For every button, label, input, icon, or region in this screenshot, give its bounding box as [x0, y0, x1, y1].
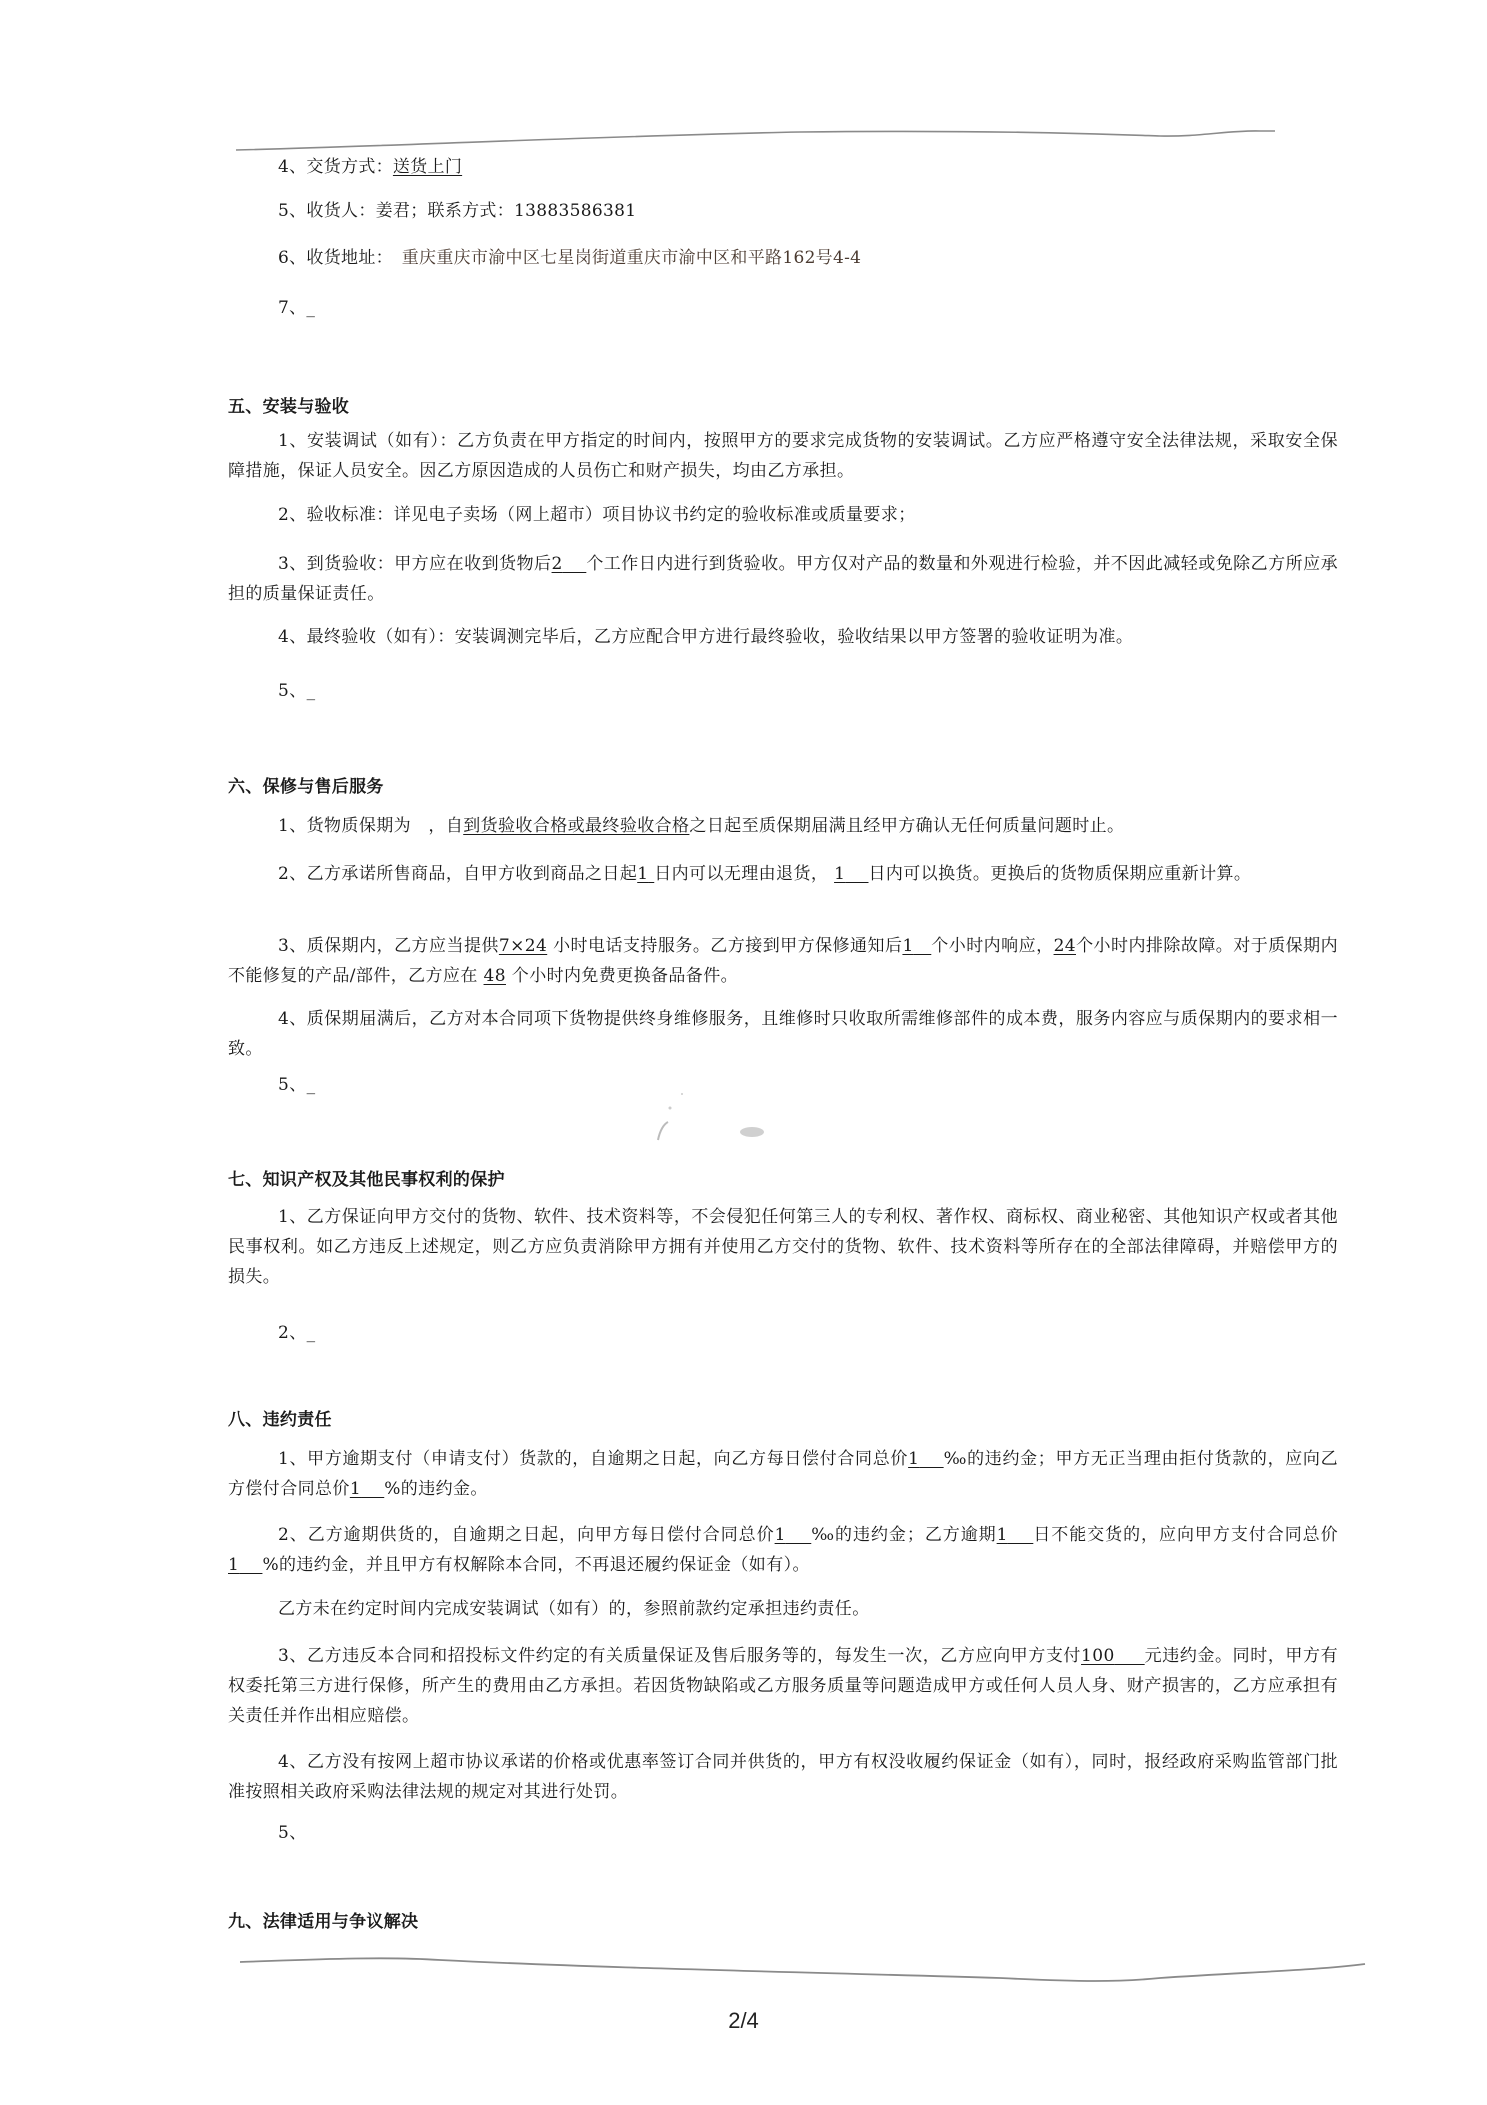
- refusal-rate-value: 1: [350, 1479, 361, 1499]
- item-text: 日内可以无理由退货，: [654, 864, 828, 884]
- item-text: ‰的违约金；乙方逾期: [811, 1525, 996, 1545]
- contact-phone: 13883586381: [514, 201, 636, 221]
- penalty-amount-blank: 100: [1081, 1646, 1145, 1666]
- fix-hours-value: 24: [1054, 936, 1076, 956]
- item-text: 3、质保期内，乙方应当提供: [278, 936, 499, 956]
- item-7-label: 7、: [278, 298, 306, 318]
- section-8-item-1: 1、甲方逾期支付（申请支付）货款的，自逾期之日起，向乙方每日偿付合同总价1 ‰的…: [228, 1444, 1338, 1504]
- section-8-item-2: 2、乙方逾期供货的，自逾期之日起，向甲方每日偿付合同总价1 ‰的违约金；乙方逾期…: [228, 1520, 1338, 1580]
- exchange-days-blank: 1: [834, 864, 868, 884]
- section-6-item-5: 5、_: [228, 1070, 1338, 1100]
- receiver-name: 姜君: [376, 201, 411, 221]
- footer-rule: [0, 1950, 1487, 1990]
- item-text: 3、乙方违反本合同和招投标文件约定的有关质量保证及售后服务等的，每发生一次，乙方…: [278, 1646, 1081, 1666]
- receiver-label: 5、收货人：: [278, 201, 376, 221]
- section-6-item-4: 4、质保期届满后，乙方对本合同项下货物提供终身维修服务，且维修时只收取所需维修部…: [228, 1004, 1338, 1064]
- late-delivery-rate-value: 1: [775, 1525, 786, 1545]
- overdue-days-blank: 1: [997, 1525, 1034, 1545]
- acceptance-days-value: 2: [552, 554, 563, 574]
- refusal-rate-blank: 1: [350, 1479, 384, 1499]
- item-text: 3、到货验收：甲方应在收到货物后: [278, 554, 552, 574]
- item-text: 个小时内免费更换备品备件。: [512, 966, 738, 986]
- section-8-item-4: 4、乙方没有按网上超市协议承诺的价格或优惠率签订合同并供货的，甲方有权没收履约保…: [228, 1747, 1338, 1807]
- delivery-method-label: 4、交货方式：: [278, 157, 393, 177]
- item-text: %的违约金，并且甲方有权解除本合同，不再退还履约保证金（如有）。: [262, 1555, 809, 1575]
- item-text: 1、甲方逾期支付（申请支付）货款的，自逾期之日起，向乙方每日偿付合同总价: [278, 1449, 908, 1469]
- page-number: 2/4: [0, 2008, 1487, 2034]
- item-7-line: 7、_: [278, 296, 1388, 320]
- receiver-line: 5、收货人：姜君；联系方式：13883586381: [278, 199, 1388, 223]
- item-text: 2、乙方逾期供货的，自逾期之日起，向甲方每日偿付合同总价: [278, 1525, 775, 1545]
- item-text: 1、货物质保期为 ，自: [278, 816, 463, 836]
- return-days-blank: 1: [637, 864, 654, 884]
- section-6-item-2: 2、乙方承诺所售商品，自甲方收到商品之日起1 日内可以无理由退货， 1 日内可以…: [228, 859, 1338, 889]
- section-6-item-1: 1、货物质保期为 ，自到货验收合格或最终验收合格之日起至质保期届满且经甲方确认无…: [228, 811, 1338, 841]
- late-delivery-rate-blank: 1: [775, 1525, 812, 1545]
- response-hours-blank: 1: [902, 936, 931, 956]
- late-payment-rate-value: 1: [908, 1449, 919, 1469]
- item-text: %的违约金。: [384, 1479, 488, 1499]
- contact-label: ；联系方式：: [410, 201, 514, 221]
- delivery-address-value: 重庆重庆市渝中区七星岗街道重庆市渝中区和平路162号4-4: [402, 248, 862, 268]
- section-5-item-5: 5、_: [228, 676, 1338, 706]
- acceptance-days-blank: 2: [552, 554, 587, 574]
- delivery-address-line: 6、收货地址： 重庆重庆市渝中区七星岗街道重庆市渝中区和平路162号4-4: [278, 246, 1388, 270]
- scan-artifact: [640, 1090, 780, 1150]
- section-7-item-1: 1、乙方保证向甲方交付的货物、软件、技术资料等，不会侵犯任何第三人的专利权、著作…: [228, 1202, 1338, 1292]
- delivery-address-label: 6、收货地址：: [278, 248, 384, 268]
- phone-support-hours: 7×24: [499, 936, 547, 956]
- termination-rate-value: 1: [228, 1555, 239, 1575]
- section-6-item-3: 3、质保期内，乙方应当提供7×24 小时电话支持服务。乙方接到甲方保修通知后1 …: [228, 931, 1338, 991]
- item-text: 日内可以换货。更换后的货物质保期应重新计算。: [869, 864, 1252, 884]
- late-payment-rate-blank: 1: [908, 1449, 944, 1469]
- return-days-value: 1: [637, 864, 648, 884]
- warranty-start-condition: 到货验收合格或最终验收合格: [463, 816, 689, 836]
- item-7-blank: _: [306, 298, 315, 318]
- section-8-item-2-note: 乙方未在约定时间内完成安装调试（如有）的，参照前款约定承担违约责任。: [228, 1594, 1338, 1624]
- section-8-item-5: 5、: [228, 1818, 1338, 1848]
- item-text: 之日起至质保期届满且经甲方确认无任何质量问题时止。: [689, 816, 1124, 836]
- section-5-item-3: 3、到货验收：甲方应在收到货物后2 个工作日内进行到货验收。甲方仅对产品的数量和…: [228, 549, 1338, 609]
- item-text: 个小时内响应，: [931, 936, 1053, 956]
- item-text: 2、乙方承诺所售商品，自甲方收到商品之日起: [278, 864, 637, 884]
- item-text: 小时电话支持服务。乙方接到甲方保修通知后: [553, 936, 902, 956]
- penalty-amount-value: 100: [1081, 1646, 1115, 1666]
- section-7-heading: 七、知识产权及其他民事权利的保护: [228, 1165, 505, 1190]
- section-8-heading: 八、违约责任: [228, 1405, 332, 1430]
- contract-page: 4、交货方式：送货上门 5、收货人：姜君；联系方式：13883586381 6、…: [0, 0, 1487, 2105]
- delivery-method-line: 4、交货方式：送货上门: [278, 155, 1388, 179]
- response-hours-value: 1: [902, 936, 913, 956]
- item-text: 日不能交货的，应向甲方支付合同总价: [1033, 1525, 1338, 1545]
- section-5-heading: 五、安装与验收: [228, 392, 349, 417]
- section-7-item-2: 2、_: [228, 1318, 1338, 1348]
- overdue-days-value: 1: [997, 1525, 1008, 1545]
- section-6-heading: 六、保修与售后服务: [228, 772, 384, 797]
- section-5-item-1: 1、安装调试（如有）：乙方负责在甲方指定的时间内，按照甲方的要求完成货物的安装调…: [228, 426, 1338, 486]
- section-5-item-2: 2、验收标准：详见电子卖场（网上超市）项目协议书约定的验收标准或质量要求；: [228, 500, 1338, 530]
- replacement-hours-value: 48: [484, 966, 506, 986]
- termination-rate-blank: 1: [228, 1555, 262, 1575]
- section-8-item-3: 3、乙方违反本合同和招投标文件约定的有关质量保证及售后服务等的，每发生一次，乙方…: [228, 1641, 1338, 1731]
- section-5-item-4: 4、最终验收（如有）：安装调测完毕后，乙方应配合甲方进行最终验收，验收结果以甲方…: [228, 622, 1338, 652]
- section-9-heading: 九、法律适用与争议解决: [228, 1907, 418, 1932]
- delivery-method-value: 送货上门: [393, 157, 462, 177]
- exchange-days-value: 1: [834, 864, 845, 884]
